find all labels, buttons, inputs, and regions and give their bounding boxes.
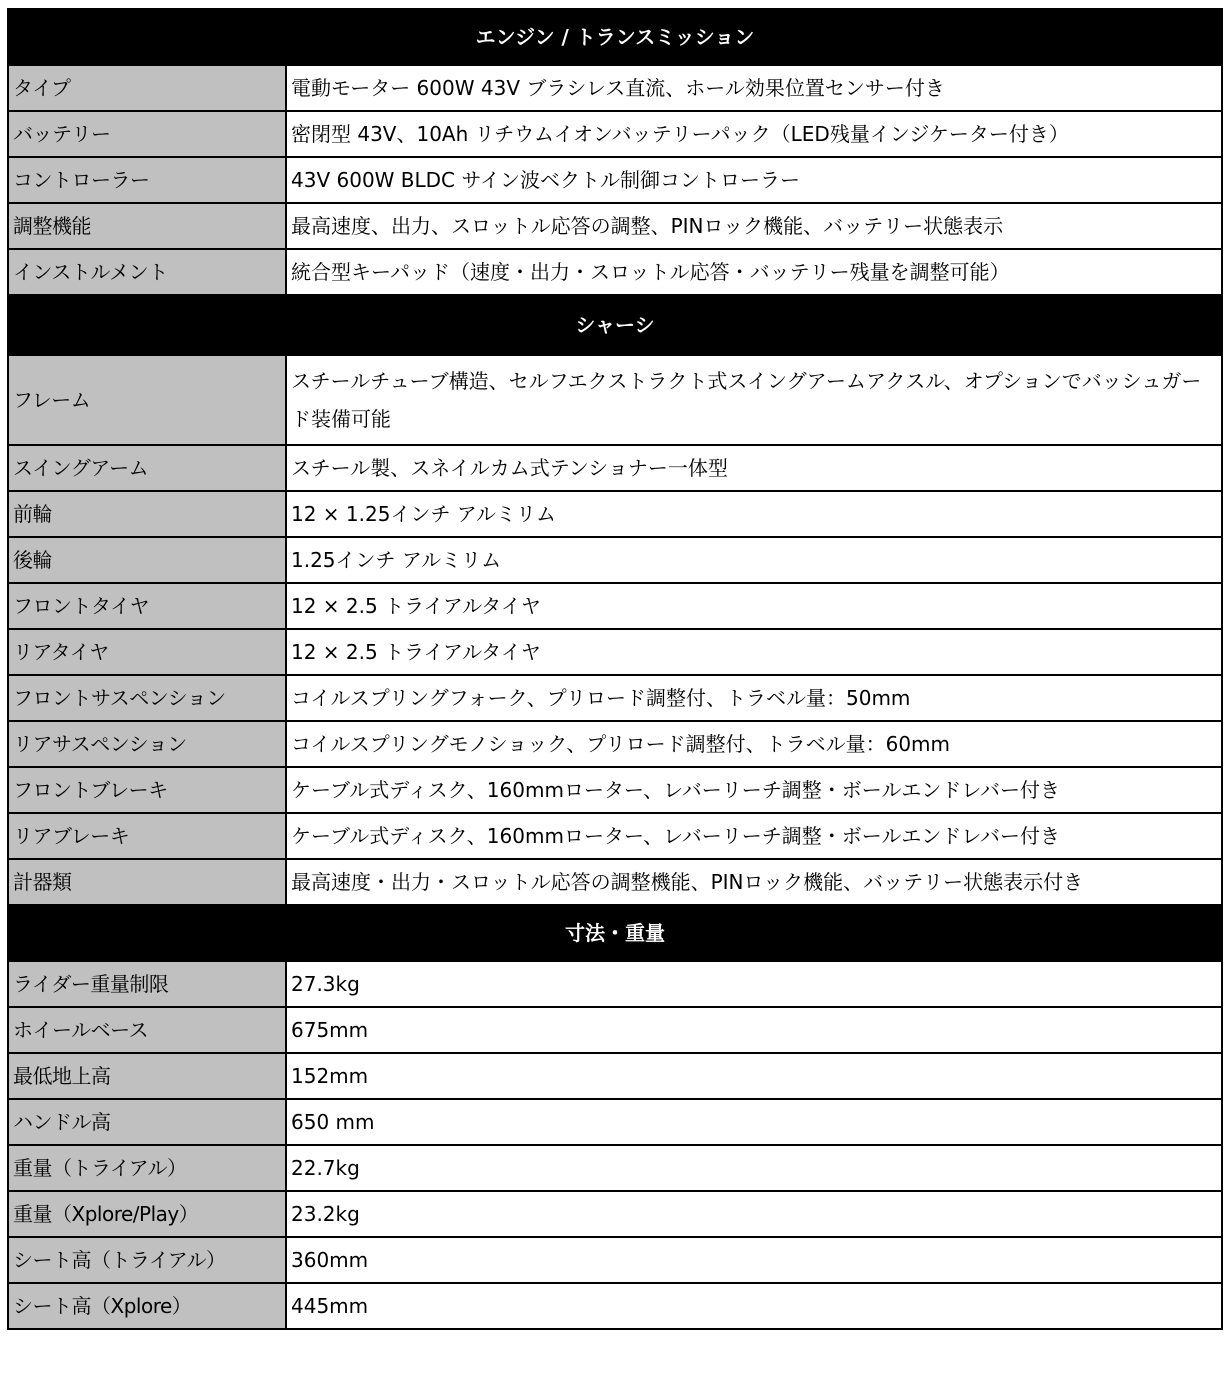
table-row: リアサスペンション コイルスプリングモノショック、プリロード調整付、トラベル量：… xyxy=(8,721,1222,767)
spec-value: スチールチューブ構造、セルフエクストラクト式スイングアームアクスル、オプションで… xyxy=(286,355,1222,445)
table-row: フロントサスペンション コイルスプリングフォーク、プリロード調整付、トラベル量：… xyxy=(8,675,1222,721)
spec-value: 23.2kg xyxy=(286,1191,1222,1237)
spec-label: フロントサスペンション xyxy=(8,675,286,721)
spec-value: 675mm xyxy=(286,1007,1222,1053)
table-row: リアブレーキ ケーブル式ディスク、160mmローター、レバーリーチ調整・ボールエ… xyxy=(8,813,1222,859)
spec-value: 27.3kg xyxy=(286,961,1222,1007)
spec-label: フレーム xyxy=(8,355,286,445)
section-title: 寸法・重量 xyxy=(8,905,1222,961)
table-row: フロントタイヤ 12 × 2.5 トライアルタイヤ xyxy=(8,583,1222,629)
spec-value: 360mm xyxy=(286,1237,1222,1283)
spec-label: リアタイヤ xyxy=(8,629,286,675)
section-header-chassis: シャーシ xyxy=(8,295,1222,355)
table-row: 重量（トライアル） 22.7kg xyxy=(8,1145,1222,1191)
table-row: 調整機能 最高速度、出力、スロットル応答の調整、PINロック機能、バッテリー状態… xyxy=(8,203,1222,249)
spec-value: 統合型キーパッド（速度・出力・スロットル応答・バッテリー残量を調整可能） xyxy=(286,249,1222,295)
section-header-engine: エンジン / トランスミッション xyxy=(8,9,1222,65)
section-header-dimensions: 寸法・重量 xyxy=(8,905,1222,961)
spec-label: リアサスペンション xyxy=(8,721,286,767)
spec-label: 重量（Xplore/Play） xyxy=(8,1191,286,1237)
spec-label: フロントタイヤ xyxy=(8,583,286,629)
spec-label: シート高（Xplore） xyxy=(8,1283,286,1329)
spec-value: 最高速度・出力・スロットル応答の調整機能、PINロック機能、バッテリー状態表示付… xyxy=(286,859,1222,905)
table-row: シート高（トライアル） 360mm xyxy=(8,1237,1222,1283)
table-row: タイプ 電動モーター 600W 43V ブラシレス直流、ホール効果位置センサー付… xyxy=(8,65,1222,111)
spec-label: ライダー重量制限 xyxy=(8,961,286,1007)
table-row: インストルメント 統合型キーパッド（速度・出力・スロットル応答・バッテリー残量を… xyxy=(8,249,1222,295)
table-row: ハンドル高 650 mm xyxy=(8,1099,1222,1145)
spec-value: コイルスプリングモノショック、プリロード調整付、トラベル量：60mm xyxy=(286,721,1222,767)
spec-value: コイルスプリングフォーク、プリロード調整付、トラベル量：50mm xyxy=(286,675,1222,721)
spec-value: スチール製、スネイルカム式テンショナー一体型 xyxy=(286,445,1222,491)
spec-label: 計器類 xyxy=(8,859,286,905)
spec-value: ケーブル式ディスク、160mmローター、レバーリーチ調整・ボールエンドレバー付き xyxy=(286,767,1222,813)
spec-value: 最高速度、出力、スロットル応答の調整、PINロック機能、バッテリー状態表示 xyxy=(286,203,1222,249)
spec-value: 1.25インチ アルミリム xyxy=(286,537,1222,583)
table-row: 重量（Xplore/Play） 23.2kg xyxy=(8,1191,1222,1237)
spec-value: 12 × 2.5 トライアルタイヤ xyxy=(286,583,1222,629)
table-row: 前輪 12 × 1.25インチ アルミリム xyxy=(8,491,1222,537)
spec-label: スイングアーム xyxy=(8,445,286,491)
spec-label: 前輪 xyxy=(8,491,286,537)
spec-value: 445mm xyxy=(286,1283,1222,1329)
spec-value: 650 mm xyxy=(286,1099,1222,1145)
table-row: ホイールベース 675mm xyxy=(8,1007,1222,1053)
spec-value: 22.7kg xyxy=(286,1145,1222,1191)
section-title: シャーシ xyxy=(8,295,1222,355)
spec-label: 重量（トライアル） xyxy=(8,1145,286,1191)
table-row: シート高（Xplore） 445mm xyxy=(8,1283,1222,1329)
spec-value: ケーブル式ディスク、160mmローター、レバーリーチ調整・ボールエンドレバー付き xyxy=(286,813,1222,859)
spec-value: 電動モーター 600W 43V ブラシレス直流、ホール効果位置センサー付き xyxy=(286,65,1222,111)
spec-label: ハンドル高 xyxy=(8,1099,286,1145)
spec-label: リアブレーキ xyxy=(8,813,286,859)
spec-label: 調整機能 xyxy=(8,203,286,249)
table-row: スイングアーム スチール製、スネイルカム式テンショナー一体型 xyxy=(8,445,1222,491)
table-row: 後輪 1.25インチ アルミリム xyxy=(8,537,1222,583)
spec-label: インストルメント xyxy=(8,249,286,295)
spec-table: エンジン / トランスミッション タイプ 電動モーター 600W 43V ブラシ… xyxy=(7,8,1223,1330)
table-row: 計器類 最高速度・出力・スロットル応答の調整機能、PINロック機能、バッテリー状… xyxy=(8,859,1222,905)
spec-label: 後輪 xyxy=(8,537,286,583)
table-row: フレーム スチールチューブ構造、セルフエクストラクト式スイングアームアクスル、オ… xyxy=(8,355,1222,445)
table-row: コントローラー 43V 600W BLDC サイン波ベクトル制御コントローラー xyxy=(8,157,1222,203)
spec-value: 12 × 2.5 トライアルタイヤ xyxy=(286,629,1222,675)
table-row: フロントブレーキ ケーブル式ディスク、160mmローター、レバーリーチ調整・ボー… xyxy=(8,767,1222,813)
table-row: リアタイヤ 12 × 2.5 トライアルタイヤ xyxy=(8,629,1222,675)
spec-label: 最低地上高 xyxy=(8,1053,286,1099)
table-row: ライダー重量制限 27.3kg xyxy=(8,961,1222,1007)
spec-label: タイプ xyxy=(8,65,286,111)
table-row: 最低地上高 152mm xyxy=(8,1053,1222,1099)
section-title: エンジン / トランスミッション xyxy=(8,9,1222,65)
spec-label: フロントブレーキ xyxy=(8,767,286,813)
spec-value: 152mm xyxy=(286,1053,1222,1099)
spec-value: 密閉型 43V、10Ah リチウムイオンバッテリーパック（LED残量インジケータ… xyxy=(286,111,1222,157)
spec-value: 12 × 1.25インチ アルミリム xyxy=(286,491,1222,537)
spec-label: バッテリー xyxy=(8,111,286,157)
spec-label: ホイールベース xyxy=(8,1007,286,1053)
table-row: バッテリー 密閉型 43V、10Ah リチウムイオンバッテリーパック（LED残量… xyxy=(8,111,1222,157)
spec-label: コントローラー xyxy=(8,157,286,203)
spec-value: 43V 600W BLDC サイン波ベクトル制御コントローラー xyxy=(286,157,1222,203)
spec-label: シート高（トライアル） xyxy=(8,1237,286,1283)
